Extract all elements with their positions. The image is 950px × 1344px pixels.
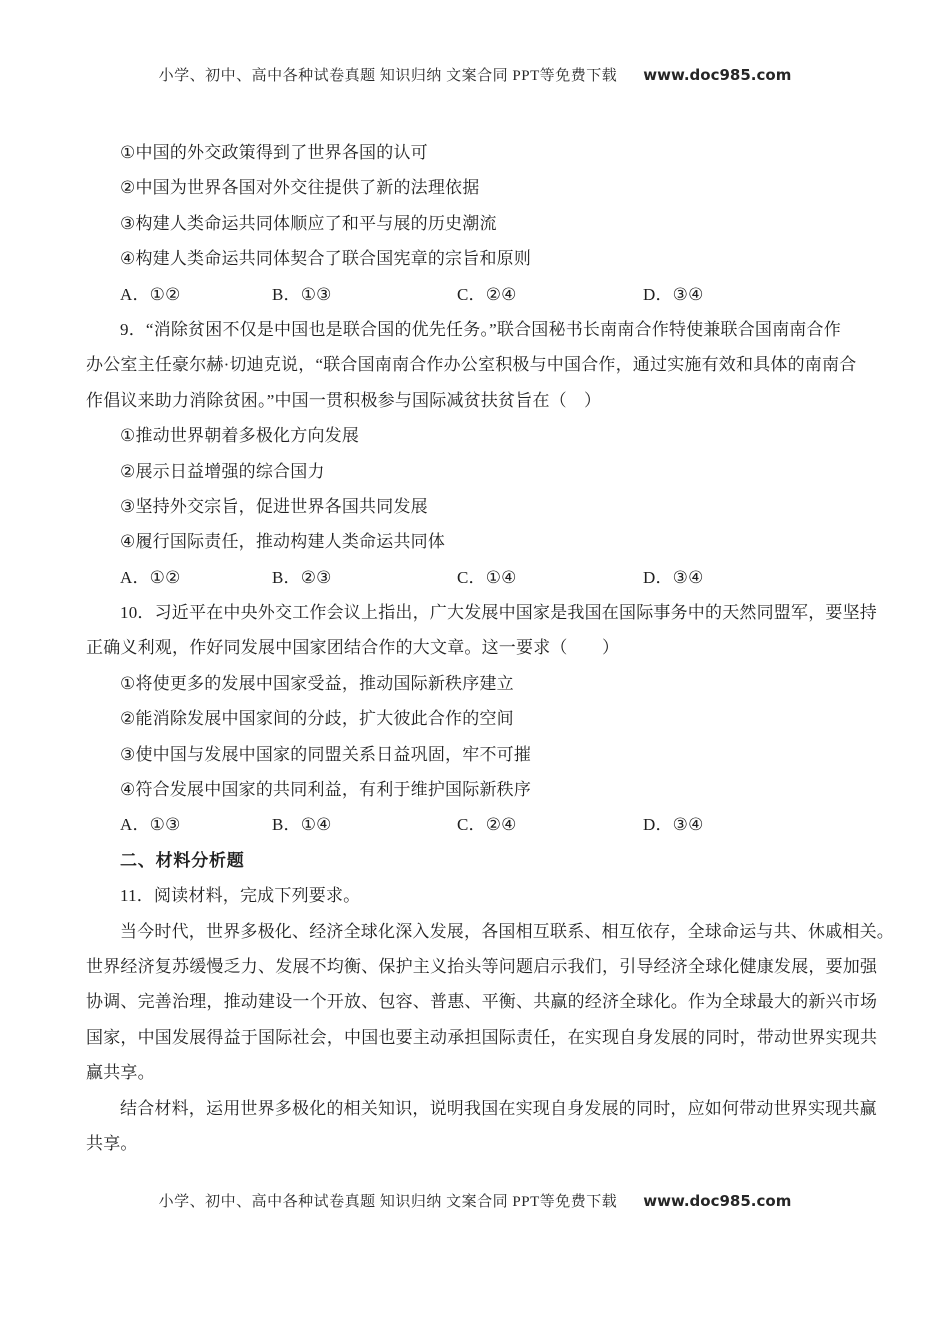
answer-options-row: A．①②B．②③C．①④D．③④ <box>86 560 878 595</box>
text-line: ④构建人类命运共同体契合了联合国宪章的宗旨和原则 <box>86 241 878 276</box>
text-line: 10．习近平在中央外交工作会议上指出，广大发展中国家是我国在国际事务中的天然同盟… <box>86 595 878 630</box>
text-line: ②展示日益增强的综合国力 <box>86 454 878 489</box>
option-item: B．①③ <box>272 277 332 312</box>
header-site-url: www.doc985.com <box>643 66 791 84</box>
text-line: ④履行国际责任，推动构建人类命运共同体 <box>86 524 878 559</box>
exam-document-page: 小学、初中、高中各种试卷真题 知识归纳 文案合同 PPT等免费下载www.doc… <box>0 0 950 1344</box>
text-line: 结合材料，运用世界多极化的相关知识，说明我国在实现自身发展的同时，应如何带动世界… <box>86 1091 878 1126</box>
text-line: 国家，中国发展得益于国际社会，中国也要主动承担国际责任，在实现自身发展的同时，带… <box>86 1020 878 1055</box>
option-item: B．②③ <box>272 560 332 595</box>
text-line: ②中国为世界各国对外交往提供了新的法理依据 <box>86 170 878 205</box>
footer-site-url: www.doc985.com <box>643 1192 791 1210</box>
option-item: C．②④ <box>457 277 517 312</box>
page-footer: 小学、初中、高中各种试卷真题 知识归纳 文案合同 PPT等免费下载www.doc… <box>0 1190 950 1211</box>
text-line: ①将使更多的发展中国家受益，推动国际新秩序建立 <box>86 666 878 701</box>
section-heading: 二、材料分析题 <box>86 843 878 878</box>
option-item: C．②④ <box>457 807 517 842</box>
answer-options-row: A．①②B．①③C．②④D．③④ <box>86 277 878 312</box>
text-line: 9．“消除贫困不仅是中国也是联合国的优先任务。”联合国秘书长南南合作特使兼联合国… <box>86 312 878 347</box>
document-body: ①中国的外交政策得到了世界各国的认可②中国为世界各国对外交往提供了新的法理依据③… <box>86 135 878 1161</box>
text-line: 11．阅读材料，完成下列要求。 <box>86 878 878 913</box>
text-line: 协调、完善治理，推动建设一个开放、包容、普惠、平衡、共赢的经济全球化。作为全球最… <box>86 984 878 1019</box>
text-line: 赢共享。 <box>86 1055 878 1090</box>
text-line: ①中国的外交政策得到了世界各国的认可 <box>86 135 878 170</box>
option-item: A．①② <box>120 277 181 312</box>
text-line: ②能消除发展中国家间的分歧，扩大彼此合作的空间 <box>86 701 878 736</box>
text-line: 办公室主任豪尔赫·切迪克说，“联合国南南合作办公室积极与中国合作，通过实施有效和… <box>86 347 878 382</box>
text-line: ①推动世界朝着多极化方向发展 <box>86 418 878 453</box>
header-watermark-text: 小学、初中、高中各种试卷真题 知识归纳 文案合同 PPT等免费下载 <box>159 68 618 84</box>
option-item: D．③④ <box>643 560 704 595</box>
option-item: A．①② <box>120 560 181 595</box>
option-item: D．③④ <box>643 277 704 312</box>
footer-watermark-text: 小学、初中、高中各种试卷真题 知识归纳 文案合同 PPT等免费下载 <box>159 1194 618 1210</box>
page-header: 小学、初中、高中各种试卷真题 知识归纳 文案合同 PPT等免费下载www.doc… <box>0 64 950 85</box>
text-line: ③坚持外交宗旨，促进世界各国共同发展 <box>86 489 878 524</box>
text-line: 当今时代，世界多极化、经济全球化深入发展，各国相互联系、相互依存，全球命运与共、… <box>86 914 878 949</box>
text-line: 正确义利观，作好同发展中国家团结合作的大文章。这一要求（ ） <box>86 630 878 665</box>
option-item: C．①④ <box>457 560 517 595</box>
text-line: ④符合发展中国家的共同利益，有利于维护国际新秩序 <box>86 772 878 807</box>
text-line: 作倡议来助力消除贫困。”中国一贯积极参与国际减贫扶贫旨在（ ） <box>86 383 878 418</box>
text-line: 共享。 <box>86 1126 878 1161</box>
text-line: 世界经济复苏缓慢乏力、发展不均衡、保护主义抬头等问题启示我们，引导经济全球化健康… <box>86 949 878 984</box>
option-item: A．①③ <box>120 807 181 842</box>
text-line: ③使中国与发展中国家的同盟关系日益巩固，牢不可摧 <box>86 737 878 772</box>
option-item: D．③④ <box>643 807 704 842</box>
option-item: B．①④ <box>272 807 332 842</box>
text-line: ③构建人类命运共同体顺应了和平与展的历史潮流 <box>86 206 878 241</box>
answer-options-row: A．①③B．①④C．②④D．③④ <box>86 807 878 842</box>
